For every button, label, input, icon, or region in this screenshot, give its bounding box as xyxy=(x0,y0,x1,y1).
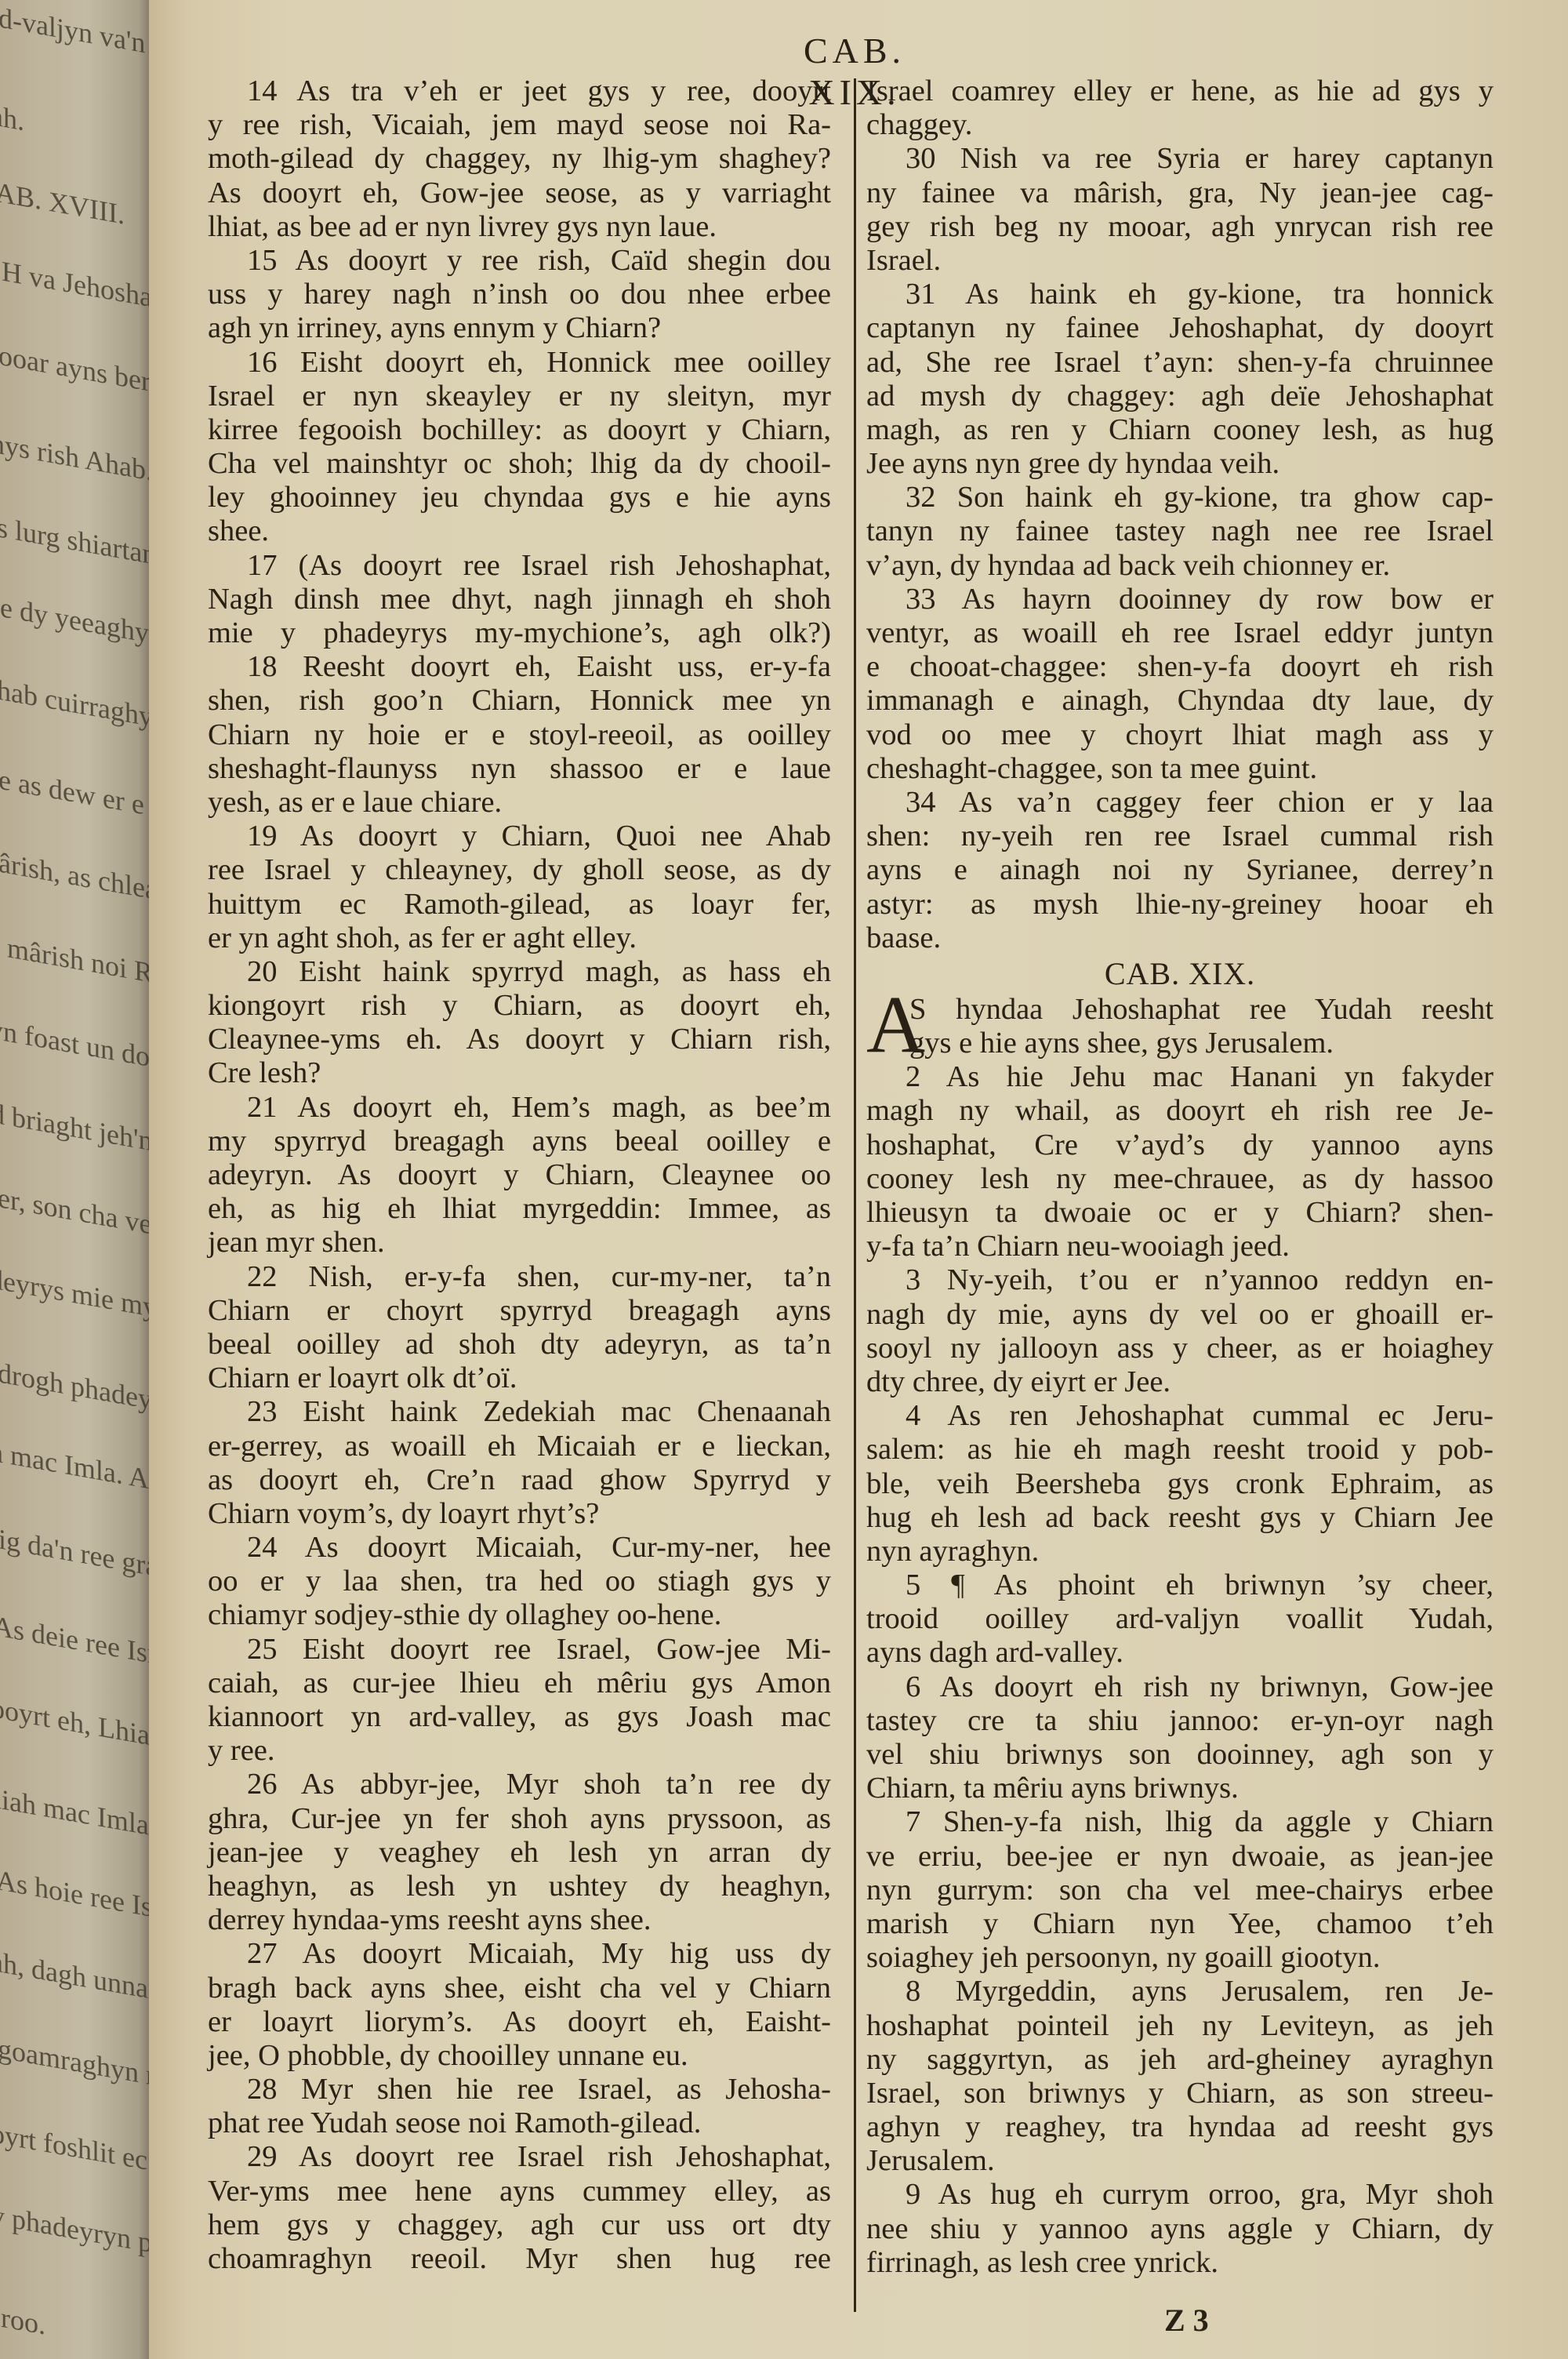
text-line: kiongoyrt rish y Chiarn, as dooyrt eh, xyxy=(208,989,831,1023)
text-line: 23 Eisht haink Zedekiah mac Chenaanah xyxy=(208,1395,831,1429)
text-line: agh yn irriney, ayns ennym y Chiarn? xyxy=(208,311,831,345)
text-line: vod oo mee y choyrt lhiat magh ass y xyxy=(866,718,1494,752)
text-line: nee shiu y yannoo ayns aggle y Chiarn, d… xyxy=(866,2212,1494,2246)
facing-text-line: se mârish noi Ramoth xyxy=(0,925,157,1002)
facing-text-line: ese dy yeeaghyn Ahab xyxy=(0,587,157,664)
text-line: ad, She ree Israel t’ayn: shen-y-fa chru… xyxy=(866,346,1494,380)
text-line: firrinagh, as lesh cree ynrick. xyxy=(866,2246,1494,2280)
text-line: e chooat-chaggee: shen-y-fa dooyrt eh ri… xyxy=(866,650,1494,684)
text-line: Israel. xyxy=(866,244,1494,278)
text-line: shee. xyxy=(208,514,831,548)
text-line: salem: as hie eh magh reesht trooid y po… xyxy=(866,1433,1494,1467)
facing-text-line: 9 As hoie ree Israel xyxy=(0,1859,157,1931)
text-line: Jerusalem. xyxy=(866,2144,1494,2178)
text-line: ny saggyrtyn, as jeh ard-gheiney ayraghy… xyxy=(866,2043,1494,2077)
text-line: Ver-yms mee hene ayns cummey elley, as xyxy=(208,2175,831,2208)
text-line: trooid ooilley ard-valjyn voallit Yudah, xyxy=(866,1602,1494,1636)
text-line: jee, O phobble, dy chooilley unnane eu. xyxy=(208,2039,831,2073)
text-line: ve erriu, bee-jee er nyn dwoaie, as jean… xyxy=(866,1840,1494,1874)
facing-text-line: ah mac Imla. As dooyrt xyxy=(0,1432,157,1511)
text-line: 6 As dooyrt eh rish ny briwnyn, Gow-jee xyxy=(866,1670,1494,1704)
facing-text-line: ree as dew er e hon xyxy=(0,759,157,831)
facing-text-line: ayn foast un dooinney xyxy=(0,1010,157,1087)
text-line: moth-gilead dy chaggey, ny lhig-ym shagh… xyxy=(208,142,831,176)
text-line: marish y Chiarn nyn Yee, chamoo t’eh xyxy=(866,1907,1494,1941)
text-line: 33 As hayrn dooinney dy row bow er xyxy=(866,583,1494,616)
text-line: uss y harey nagh n’insh oo dou nhee erbe… xyxy=(208,278,831,311)
text-line: v’ayn, dy hyndaa ad back veih chionney e… xyxy=(866,549,1494,583)
facing-text-line: CAB. XVIII. xyxy=(0,172,125,231)
text-line: 16 Eisht dooyrt eh, Honnick mee ooilley xyxy=(208,346,831,380)
text-line: gey rish beg ny mooar, agh ynrycan rish … xyxy=(866,210,1494,244)
text-line: sooyl ny jallooyn ass y cheer, as er hoi… xyxy=(866,1332,1494,1365)
column-rule xyxy=(854,78,856,2312)
text-line: 15 As dooyrt y ree rish, Caïd shegin dou xyxy=(208,244,831,278)
text-line: cheshaght-chaggee, son ta mee guint. xyxy=(866,752,1494,786)
facing-text-line: mooar ayns berchys xyxy=(0,335,157,408)
text-line: er-gerrey, as woaill eh Micaiah er e lie… xyxy=(208,1430,831,1463)
facing-text-line: lhig da'n ree gra shen. xyxy=(0,1518,157,1595)
left-column: 14 As tra v’eh er jeet gys y ree, dooyrt… xyxy=(208,75,831,2276)
facing-text-line: rt roo. xyxy=(0,2296,45,2342)
text-line: ble, veih Beersheba gys cronk Ephraim, a… xyxy=(866,1467,1494,1501)
text-line: Jee ayns nyn gree dy hyndaa veih. xyxy=(866,447,1494,481)
text-line: adeyryn. As dooyrt y Chiarn, Cleaynee oo xyxy=(208,1158,831,1192)
text-line: y ree. xyxy=(208,1734,831,1768)
text-line: baase. xyxy=(866,921,1494,955)
text-line: 3 Ny-yeih, t’ou er n’yannoo reddyn en- xyxy=(866,1263,1494,1297)
text-line: kirree fegooish bochilley: as dooyrt y C… xyxy=(208,413,831,447)
text-line: astyr: as mysh lhie-ny-greiney hooar eh xyxy=(866,888,1494,921)
text-line: 4 As ren Jehoshaphat cummal ec Jeru- xyxy=(866,1399,1494,1433)
text-line: ny fainee va mârish, gra, Ny jean-jee ca… xyxy=(866,176,1494,210)
text-line: ayns e ainagh noi ny Syrianee, derrey’n xyxy=(866,853,1494,887)
text-line: lhiat, as bee ad er nyn livrey gys nyn l… xyxy=(208,210,831,244)
text-line: phat ree Yudah seose noi Ramoth-gilead. xyxy=(208,2106,831,2140)
text-line: soiaghey jeh persoonyn, ny goaill giooty… xyxy=(866,1941,1494,1975)
text-line: ayns dagh ard-valley. xyxy=(866,1636,1494,1670)
text-line: caiah, as cur-jee lhieu eh mêriu gys Amo… xyxy=(208,1667,831,1700)
text-line: 14 As tra v’eh er jeet gys y ree, dooyrt xyxy=(208,75,831,108)
text-line: kiannoort yn ard-valley, as gys Joash ma… xyxy=(208,1700,831,1734)
text-line: lhieusyn ta dwoaie oc er y Chiarn? shen- xyxy=(866,1196,1494,1230)
text-line: ley ghooinney jeu chyndaa gys e hie ayns xyxy=(208,481,831,514)
text-line: Chiarn ny hoie er e stoyl-reeoil, as ooi… xyxy=(208,718,831,752)
text-line: hem gys y chaggey, agh cur uss ort dty xyxy=(208,2208,831,2242)
text-line: my spyrryd breagagh ayns beeal ooilley e xyxy=(208,1125,831,1158)
facing-text-line: s As deie ree Israel xyxy=(0,1606,157,1677)
text-line: 7 Shen-y-fa nish, lhig da aggle y Chiarn xyxy=(866,1805,1494,1839)
facing-text-line: dooyrt eh, Lhiat ayns xyxy=(0,1688,157,1764)
text-line: vel shiu briwnys son dooinney, agh son y xyxy=(866,1738,1494,1772)
facing-text-line: unys rish Ahab. xyxy=(0,423,153,488)
text-line: Cha vel mainshtyr oc shoh; lhig da dy ch… xyxy=(208,447,831,481)
text-line: magh, as ren y Chiarn cooney lesh, as hu… xyxy=(866,413,1494,447)
facing-text-line: h drogh phadeyrys xyxy=(0,1352,157,1422)
text-line: hug eh lesh ad back reesht gys y Chiarn … xyxy=(866,1501,1494,1535)
facing-text-line: n er, son cha vel eh shen xyxy=(0,1177,157,1259)
text-line: Israel coamrey elley er hene, as hie ad … xyxy=(866,75,1494,108)
text-line: shen, rish goo’n Chiarn, Honnick mee yn xyxy=(208,684,831,718)
right-column: Israel coamrey elley er hene, as hie ad … xyxy=(866,75,1494,2280)
text-line: 9 As hug eh currym orroo, gra, Myr shoh xyxy=(866,2178,1494,2212)
text-line: nyn ayraghyn. xyxy=(866,1535,1494,1568)
text-line: 5 ¶ As phoint eh briwnyn ’sy cheer, xyxy=(866,1568,1494,1602)
text-line: hoshaphat pointeil jeh ny Leviteyn, as j… xyxy=(866,2009,1494,2043)
text-line: 20 Eisht haink spyrryd magh, as hass eh xyxy=(208,955,831,989)
text-line: 28 Myr shen hie ree Israel, as Jehosha- xyxy=(208,2073,831,2106)
text-line: 31 As haink eh gy-kione, tra honnick xyxy=(866,278,1494,311)
text-line: 24 As dooyrt Micaiah, Cur-my-ner, hee xyxy=(208,1531,831,1565)
text-line: Israel er nyn skeayley er ny sleityn, my… xyxy=(208,380,831,413)
text-line: chiamyr sodjey-sthie dy ollaghey oo-hene… xyxy=(208,1598,831,1632)
text-line: chaggey. xyxy=(866,108,1494,142)
text-line: er loayrt liorym’s. As dooyrt eh, Eaisht… xyxy=(208,2005,831,2039)
text-line: nagh dy mie, ayns dy vel oo er ghoaill e… xyxy=(866,1298,1494,1332)
facing-text-line: adeyrys mie my-mychione xyxy=(0,1259,157,1346)
text-line: 22 Nish, er-y-fa shen, cur-my-ner, ta’n xyxy=(208,1260,831,1294)
text-line: ad mysh dy chaggey: agh deïe Jehoshaphat xyxy=(866,380,1494,413)
facing-text-line: caiah mac Imla. xyxy=(0,1779,156,1843)
text-line: 25 Eisht dooyrt ree Israel, Gow-jee Mi- xyxy=(208,1633,831,1667)
text-line: 29 As dooyrt ree Israel rish Jehoshaphat… xyxy=(208,2140,831,2174)
text-line: aghyn y reaghey, tra hyndaa ad reesht gy… xyxy=(866,2110,1494,2144)
text-line: S hyndaa Jehoshaphat ree Yudah reesht xyxy=(866,993,1494,1027)
text-line: nyn gurrym: son cha vel mee-chairys erbe… xyxy=(866,1874,1494,1907)
text-line: hoshaphat, Cre v’ayd’s dy yannoo ayns xyxy=(866,1129,1494,1162)
text-line: huittym ec Ramoth-gilead, as loayr fer, xyxy=(208,888,831,921)
text-line: shen: ny-yeih ren ree Israel cummal rish xyxy=(866,820,1494,853)
text-line: gys e hie ayns shee, gys Jerusalem. xyxy=(866,1027,1494,1060)
signature-mark: Z 3 xyxy=(1164,2302,1209,2339)
text-line: 18 Reesht dooyrt eh, Eaisht uss, er-y-fa xyxy=(208,650,831,684)
text-line: er yn aght shoh, as fer er aght elley. xyxy=(208,921,831,955)
drop-cap: A xyxy=(866,990,925,1060)
text-line: Chiarn er choyrt spyrryd breagagh ayns xyxy=(208,1294,831,1328)
text-line: 32 Son haink eh gy-kione, tra ghow cap- xyxy=(866,481,1494,514)
text-line: y-fa ta’n Chiarn neu-wooiagh jeed. xyxy=(866,1230,1494,1263)
facing-page-fragment: ard-valjyn va'n reedah.CAB. XVIII.ISH va… xyxy=(0,0,157,2359)
text-line: jean myr shen. xyxy=(208,1226,831,1259)
text-line: bragh back ayns shee, eisht cha vel y Ch… xyxy=(208,1972,831,2005)
text-line: sheshaght-flaunyss nyn shassoo er e laue xyxy=(208,752,831,786)
text-line: 27 As dooyrt Micaiah, My hig uss dy xyxy=(208,1937,831,1971)
facing-text-line: dah. xyxy=(0,96,24,138)
text-line: yesh, as er e laue chiare. xyxy=(208,786,831,820)
text-line: 8 Myrgeddin, ayns Jerusalem, ren Je- xyxy=(866,1975,1494,2008)
text-line: choamraghyn reeoil. Myr shen hug ree xyxy=(208,2242,831,2276)
text-line: oo er y laa shen, tra hed oo stiagh gys … xyxy=(208,1565,831,1598)
facing-text-line: ooyrt foshlit ec giat xyxy=(0,2114,157,2186)
text-line: jean-jee y veaghey eh lesh yn arran dy xyxy=(208,1836,831,1870)
facing-text-line: dah, dagh unnane er e xyxy=(0,1942,157,2019)
text-line: 21 As dooyrt eh, Hem’s magh, as bee’m xyxy=(208,1091,831,1125)
text-line: 34 As va’n caggey feer chion er y laa xyxy=(866,786,1494,820)
text-line: Israel, son briwnys y Chiarn, as son str… xyxy=(866,2077,1494,2110)
text-line: 19 As dooyrt y Chiarn, Quoi nee Ahab xyxy=(208,820,831,853)
text-line: heaghyn, as lesh yn ushtey dy heaghyn, xyxy=(208,1870,831,1903)
text-line: tastey cre ta shiu jannoo: er-yn-oyr nag… xyxy=(866,1704,1494,1738)
text-line: ventyr, as woaill eh ree Israel eddyr ju… xyxy=(866,616,1494,650)
text-line: mie y phadeyrys my-mychione’s, agh olk?) xyxy=(208,616,831,650)
text-line: As dooyrt eh, Gow-jee seose, as y varria… xyxy=(208,176,831,210)
facing-text-line: As lurg shiartane xyxy=(0,507,157,573)
text-line: 17 (As dooyrt ree Israel rish Jehoshapha… xyxy=(208,549,831,583)
facing-text-line: ard-valjyn va'n ree xyxy=(0,0,157,67)
text-line: magh ny whail, as dooyrt eh rish ree Je- xyxy=(866,1094,1494,1128)
text-line: as dooyrt eh, Cre’n raad ghow Spyrryd y xyxy=(208,1463,831,1497)
text-line: 26 As abbyr-jee, Myr shoh ta’n ree dy xyxy=(208,1768,831,1801)
text-line: Chiarn voym’s, dy loayrt rhyt’s? xyxy=(208,1497,831,1531)
text-line: y ree rish, Vicaiah, jem mayd seose noi … xyxy=(208,108,831,142)
facing-text-line: mârish, as chleayney xyxy=(0,841,157,916)
text-line: tanyn ny fainee tastey nagh nee ree Isra… xyxy=(866,514,1494,548)
text-line: ree Israel y chleayney, dy gholl seose, … xyxy=(208,853,831,887)
text-line: beeal ooilley ad shoh dty adeyryn, as ta… xyxy=(208,1328,831,1361)
text-line: Cleaynee-yms eh. As dooyrt y Chiarn rish… xyxy=(208,1023,831,1056)
text-line: cooney lesh ny mee-chrauee, as dy hassoo xyxy=(866,1162,1494,1196)
text-line: Nagh dinsh mee dhyt, nagh jinnagh eh sho… xyxy=(208,583,831,616)
text-line: derrey hyndaa-yms reesht ayns shee. xyxy=(208,1903,831,1937)
facing-text-line: Ahab cuirraghyn mooar xyxy=(0,670,157,751)
text-line: ghra, Cur-jee yn fer shoh ayns pryssoon,… xyxy=(208,1802,831,1836)
text-line: Chiarn er loayrt olk dt’oï. xyxy=(208,1361,831,1395)
text-line: immanagh e ainagh, Chyndaa dty laue, dy xyxy=(866,684,1494,718)
text-line: dty chree, dy eiyrt er Jee. xyxy=(866,1365,1494,1399)
text-line: Chiarn, ta mêriu ayns briwnys. xyxy=(866,1772,1494,1805)
text-line: Cre lesh? xyxy=(208,1056,831,1090)
text-line: 2 As hie Jehu mac Hanani yn fakyder xyxy=(866,1060,1494,1094)
facing-text-line: n goamraghyn reeoil xyxy=(0,2028,157,2103)
text-line: eh, as hig eh lhiat myrgeddin: Immee, as xyxy=(208,1192,831,1226)
text-line: captanyn ny fainee Jehoshaphat, dy dooyr… xyxy=(866,311,1494,345)
facing-text-line: ny phadeyryn phadeyr xyxy=(0,2196,157,2274)
facing-text-line: ISH va Jehoshaphat xyxy=(0,250,157,322)
chapter-heading: CAB. XIX. xyxy=(866,955,1494,993)
facing-text-line: yd briaght jeh'n Chiarn xyxy=(0,1094,157,1172)
text-line: 30 Nish va ree Syria er harey captanyn xyxy=(866,142,1494,176)
